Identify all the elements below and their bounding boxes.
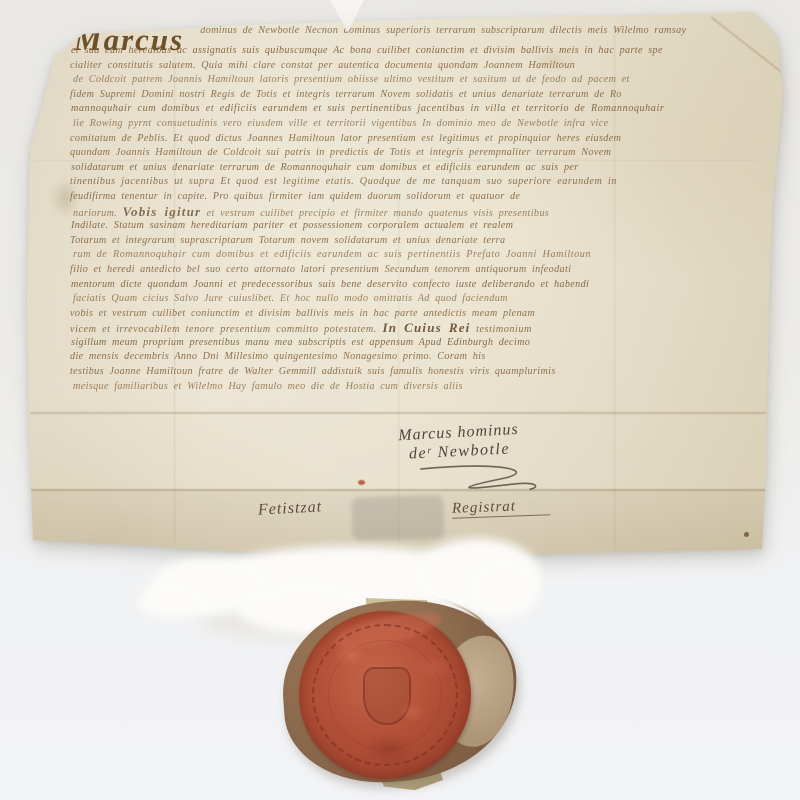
manuscript-line: mentorum dicte quondam Joanni et predece… xyxy=(70,278,772,293)
manuscript-line: mannoquhair cum domibus et edificiis ear… xyxy=(70,102,772,117)
manuscript-line: nariorum. Vobis igitur et vestrum cuilib… xyxy=(70,205,772,220)
manuscript-line: Indilate. Statum sasinam hereditariam pa… xyxy=(70,219,772,234)
manuscript-line: lie Rowing pyrnt consuetudinis vero eius… xyxy=(70,117,772,132)
manuscript-line: de Coldcoit patrem Joannis Hamiltoun lat… xyxy=(70,73,772,88)
ink-speck xyxy=(744,532,749,537)
horizontal-crease xyxy=(30,412,768,414)
manuscript-line: testibus Joanne Hamiltoun fratre de Walt… xyxy=(70,365,772,380)
manuscript-line: et sua cum heredibus ac assignatis suis … xyxy=(70,44,772,59)
endorsement-right: Registrat xyxy=(452,497,551,518)
manuscript-line-text: dominus de Newbotle Necnon dominus super… xyxy=(200,24,686,39)
signature-block: Marcus hominus deʳ Newbotle xyxy=(318,417,602,508)
wax-seal-impression xyxy=(299,611,471,779)
manuscript-lines: et sua cum heredibus ac assignatis suis … xyxy=(70,44,772,394)
manuscript-line: quondam Joannis Hamiltoun de Coldcoit su… xyxy=(70,146,772,161)
manuscript-line: fidem Supremi Domini nostri Regis de Tot… xyxy=(70,88,772,103)
manuscript-line: cialiter constitutis salutem. Quia mihi … xyxy=(70,59,772,74)
manuscript-line: sigillum meum proprium presentibus manu … xyxy=(70,336,772,351)
seal-legend-ring xyxy=(312,624,458,766)
manuscript-line: solidatarum et unius denariate terrarum … xyxy=(70,161,772,176)
wax-seal xyxy=(283,601,517,781)
manuscript-line: Totarum et integrarum suprascriptarum To… xyxy=(70,234,772,249)
seal-heraldic-shield xyxy=(363,667,411,725)
seal-inner-ring xyxy=(328,640,442,750)
manuscript-line: vicem et irrevocabilem tenore presentium… xyxy=(70,321,772,336)
manuscript-line: filio et heredi antedicto bel suo certo … xyxy=(70,263,772,278)
manuscript-line: Marcus dominus de Newbotle Necnon dominu… xyxy=(70,24,772,44)
endorsement-left: Fetistzat xyxy=(258,498,323,519)
manuscript-line: faciatis Quam cicius Salvo Jure cuiuslib… xyxy=(70,292,772,307)
manuscript-line: feudifirma tenentur in capite. Pro quibu… xyxy=(70,190,772,205)
manuscript-text: Marcus dominus de Newbotle Necnon dominu… xyxy=(70,24,772,394)
manuscript-line: die mensis decembris Anno Dni Millesimo … xyxy=(70,350,772,365)
photo-stage: Marcus dominus de Newbotle Necnon dominu… xyxy=(0,0,800,800)
stamp-smudge xyxy=(351,494,444,541)
manuscript-line: comitatum de Peblis. Et quod dictus Joan… xyxy=(70,132,772,147)
manuscript-line: rum de Romannoquhair cum domibus et edif… xyxy=(70,248,772,263)
manuscript-line: tinentibus jacentibus ut supra Et quod e… xyxy=(70,175,772,190)
manuscript-line: vobis et vestrum cuilibet coniunctim et … xyxy=(70,307,772,322)
manuscript-line: meisque familiaribus et Wilelmo Hay famu… xyxy=(70,380,772,395)
